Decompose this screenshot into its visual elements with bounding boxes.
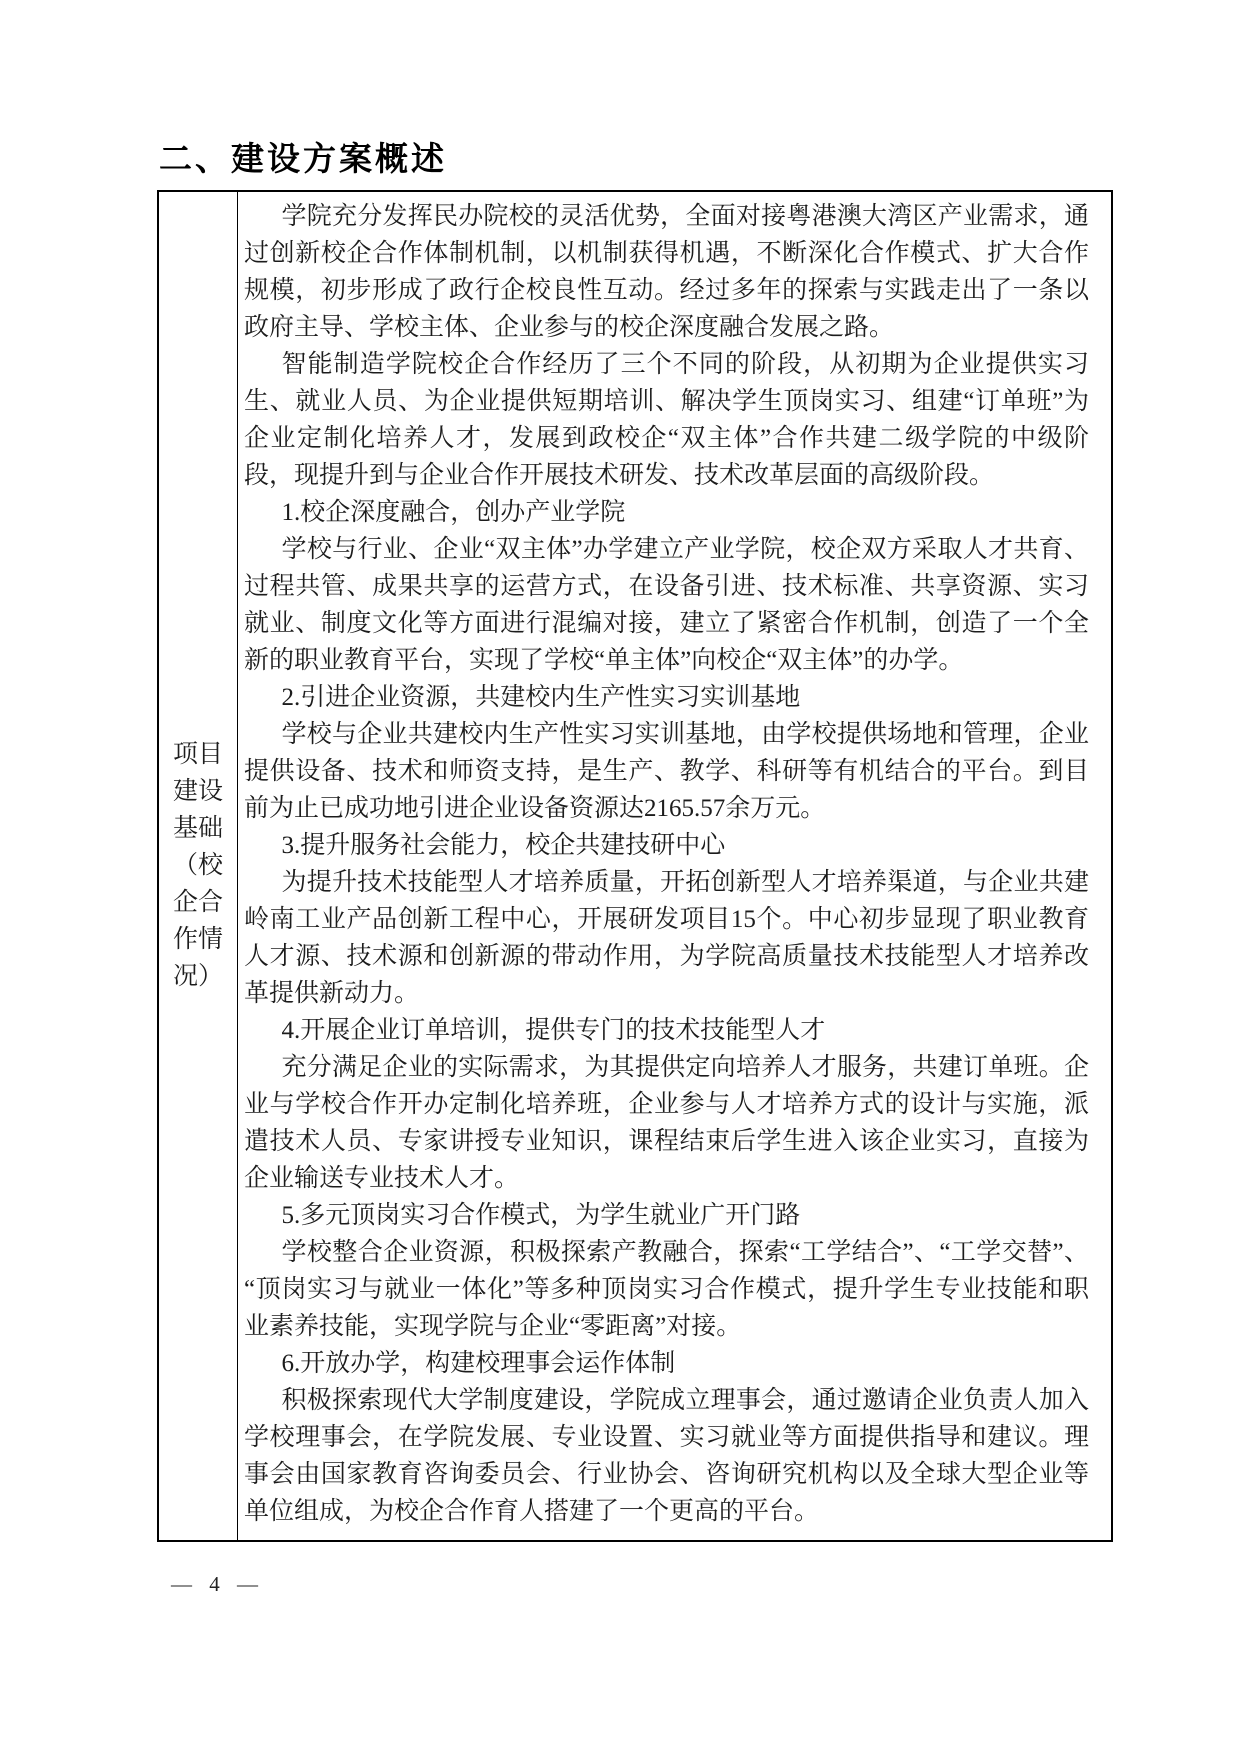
paragraph: 智能制造学院校企合作经历了三个不同的阶段，从初期为企业提供实习生、就业人员、为企… [244,346,1089,494]
row-header-label: 项目 建设 基础 （校 企合 作情 况） [173,736,223,995]
section-heading: 4.开展企业订单培训，提供专门的技术技能型人才 [244,1012,1089,1049]
paragraph: 学校整合企业资源，积极探索产教融合，探索“工学结合”、“工学交替”、“顶岗实习与… [244,1234,1089,1345]
paragraph: 积极探索现代大学制度建设，学院成立理事会，通过邀请企业负责人加入学校理事会，在学… [244,1382,1089,1530]
content-cell: 学院充分发挥民办院校的灵活优势，全面对接粤港澳大湾区产业需求，通过创新校企合作体… [238,192,1111,1540]
section-heading: 1.校企深度融合，创办产业学院 [244,494,1089,531]
paragraph: 学校与企业共建校内生产性实习实训基地，由学校提供场地和管理，企业提供设备、技术和… [244,716,1089,827]
paragraph: 学院充分发挥民办院校的灵活优势，全面对接粤港澳大湾区产业需求，通过创新校企合作体… [244,198,1089,346]
overview-table: 项目 建设 基础 （校 企合 作情 况） 学院充分发挥民办院校的灵活优势，全面对… [157,190,1113,1542]
section-heading: 3.提升服务社会能力，校企共建技研中心 [244,827,1089,864]
row-header-cell: 项目 建设 基础 （校 企合 作情 况） [159,192,238,1540]
paragraph: 为提升技术技能型人才培养质量，开拓创新型人才培养渠道，与企业共建岭南工业产品创新… [244,864,1089,1012]
paragraph: 学校与行业、企业“双主体”办学建立产业学院，校企双方采取人才共育、过程共管、成果… [244,531,1089,679]
section-heading: 5.多元顶岗实习合作模式，为学生就业广开门路 [244,1197,1089,1234]
section-heading: 2.引进企业资源，共建校内生产性实习实训基地 [244,679,1089,716]
paragraph: 充分满足企业的实际需求，为其提供定向培养人才服务，共建订单班。企业与学校合作开办… [244,1049,1089,1197]
section-heading: 6.开放办学，构建校理事会运作体制 [244,1345,1089,1382]
document-page: 二、建设方案概述 项目 建设 基础 （校 企合 作情 况） 学院充分发挥民办院校… [0,0,1240,1754]
page-title: 二、建设方案概述 [159,140,1113,178]
page-number: — 4 — [171,1572,1113,1597]
